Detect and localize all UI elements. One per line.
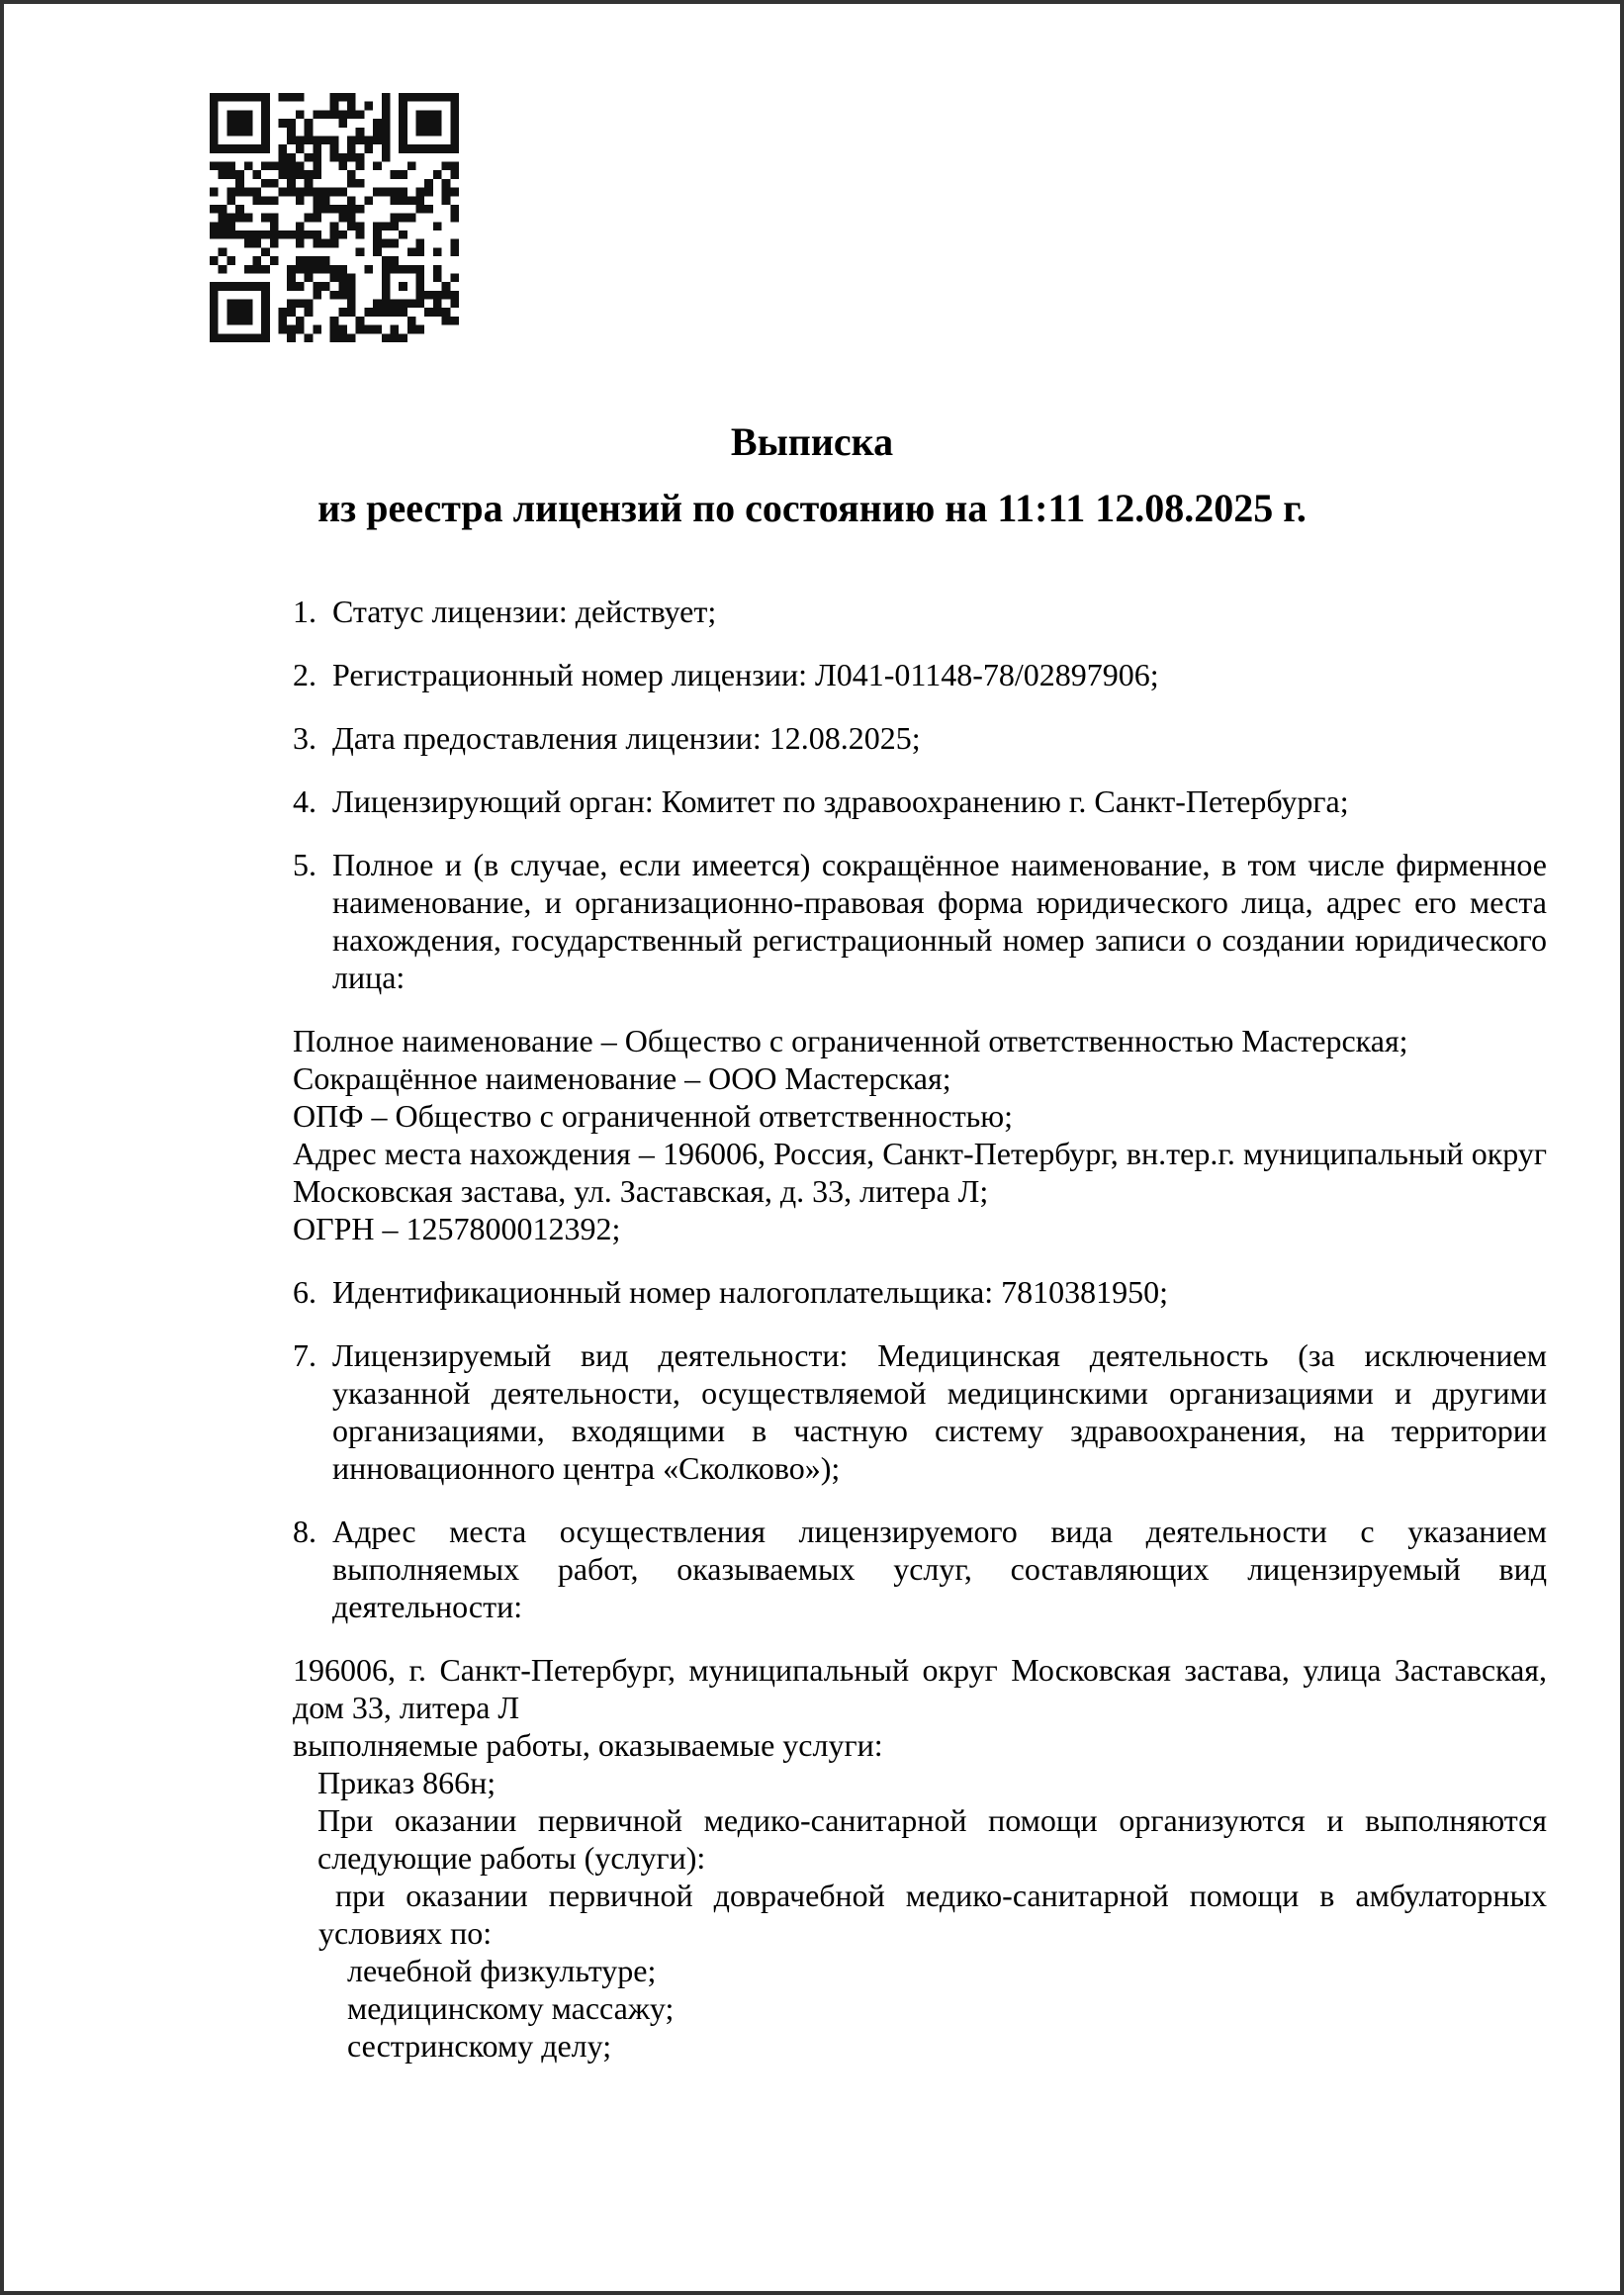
document-body: 1.Статус лицензии: действует; 2.Регистра…	[293, 593, 1547, 2090]
item-number: 6.	[293, 1273, 332, 1311]
grant-date-item: 3.Дата предоставления лицензии: 12.08.20…	[293, 719, 1547, 757]
item-number: 5.	[293, 846, 332, 883]
item-text: Лицензируемый вид деятельности: Медицинс…	[332, 1337, 1547, 1486]
item-number: 2.	[293, 656, 332, 693]
item-number: 1.	[293, 593, 332, 630]
organization-details-block: Полное наименование – Общество с огранич…	[293, 1022, 1547, 1247]
item-text: Статус лицензии: действует;	[332, 594, 716, 629]
item-text: Регистрационный номер лицензии: Л041-011…	[332, 657, 1159, 692]
registration-number-item: 2.Регистрационный номер лицензии: Л041-0…	[293, 656, 1547, 693]
item-text: Дата предоставления лицензии: 12.08.2025…	[332, 720, 921, 756]
ogrn-line: ОГРН – 1257800012392;	[293, 1210, 1547, 1247]
qr-code	[210, 93, 459, 342]
item-number: 7.	[293, 1336, 332, 1374]
works-label-line: выполняемые работы, оказываемые услуги:	[293, 1726, 1547, 1764]
document-title: Выписка	[4, 419, 1620, 465]
activity-address-line: 196006, г. Санкт-Петербург, муниципальны…	[293, 1651, 1547, 1726]
licensing-authority-item: 4.Лицензирующий орган: Комитет по здраво…	[293, 782, 1547, 820]
service-line-nursing: сестринскому делу;	[347, 2027, 1547, 2065]
license-extract-page: Выписка из реестра лицензий по состоянию…	[0, 0, 1624, 2295]
pre-medical-line: при оказании первичной доврачебной медик…	[318, 1877, 1547, 1952]
item-number: 8.	[293, 1513, 332, 1550]
organization-name-item: 5.Полное и (в случае, если имеется) сокр…	[293, 846, 1547, 996]
service-line-physiotherapy: лечебной физкультуре;	[347, 1952, 1547, 1989]
item-text: Адрес места осуществления лицензируемого…	[332, 1514, 1547, 1624]
item-number: 3.	[293, 719, 332, 757]
order-line: Приказ 866н;	[317, 1764, 1547, 1801]
license-status-item: 1.Статус лицензии: действует;	[293, 593, 1547, 630]
primary-care-line: При оказании первичной медико-санитарной…	[317, 1801, 1547, 1877]
legal-form-line: ОПФ – Общество с ограниченной ответствен…	[293, 1097, 1547, 1135]
full-name-line: Полное наименование – Общество с огранич…	[293, 1022, 1547, 1059]
item-text: Идентификационный номер налогоплательщик…	[332, 1274, 1168, 1310]
short-name-line: Сокращённое наименование – ООО Мастерска…	[293, 1059, 1547, 1097]
document-subtitle: из реестра лицензий по состоянию на 11:1…	[4, 486, 1620, 531]
activity-address-item: 8.Адрес места осуществления лицензируемо…	[293, 1513, 1547, 1625]
inn-item: 6.Идентификационный номер налогоплательщ…	[293, 1273, 1547, 1311]
service-line-massage: медицинскому массажу;	[347, 1989, 1547, 2027]
item-text: Лицензирующий орган: Комитет по здравоох…	[332, 783, 1349, 819]
item-text: Полное и (в случае, если имеется) сокращ…	[332, 847, 1547, 995]
activity-address-block: 196006, г. Санкт-Петербург, муниципальны…	[293, 1651, 1547, 2065]
item-number: 4.	[293, 782, 332, 820]
legal-address-line: Адрес места нахождения – 196006, Россия,…	[293, 1135, 1547, 1210]
licensed-activity-item: 7.Лицензируемый вид деятельности: Медици…	[293, 1336, 1547, 1487]
